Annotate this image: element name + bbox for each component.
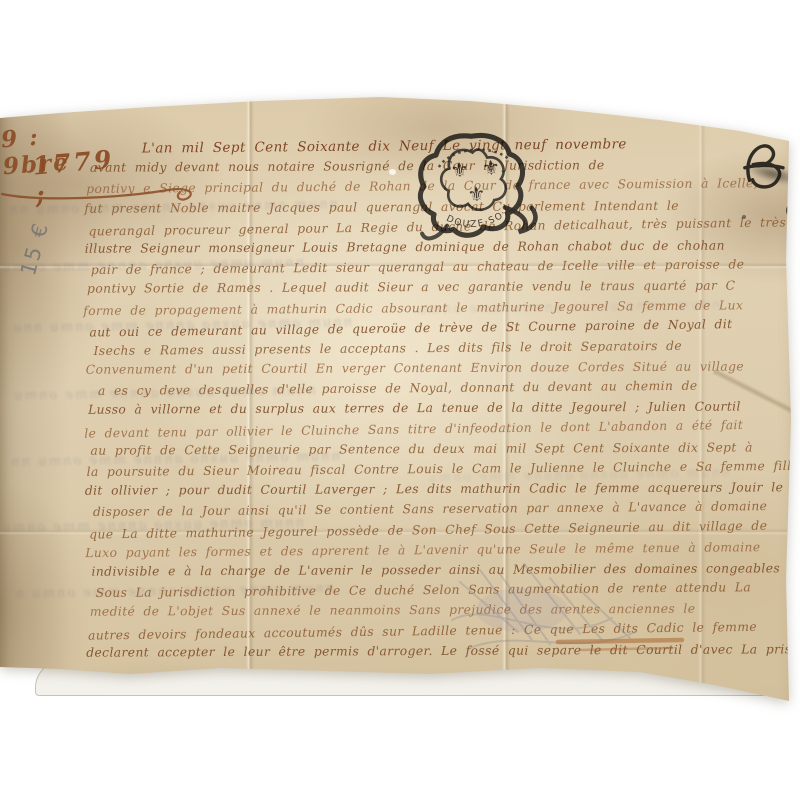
date-underline-flourish: [0, 178, 210, 208]
svg-text:⚜: ⚜: [450, 157, 470, 182]
paper-hole: [389, 169, 396, 175]
ink-speck: [786, 205, 793, 216]
pencil-scribbles: [430, 558, 720, 673]
svg-text:⚜: ⚜: [467, 182, 487, 207]
parchment-wrap: nnum omne uusno annne mme onmu nnome uen…: [0, 0, 800, 800]
ink-paraph-mark-icon: [728, 133, 800, 202]
ink-speck: [742, 215, 746, 219]
fleur-de-lis-tax-stamp-icon: ⚜ ⚜ ⚜ DOUZE SOLS: [408, 126, 544, 249]
svg-text:⚜: ⚜: [481, 155, 501, 180]
parchment-page: nnum omne uusno annne mme onmu nnome uen…: [0, 0, 800, 800]
scanned-document-photo: nnum omne uusno annne mme onmu nnome uen…: [0, 0, 800, 800]
